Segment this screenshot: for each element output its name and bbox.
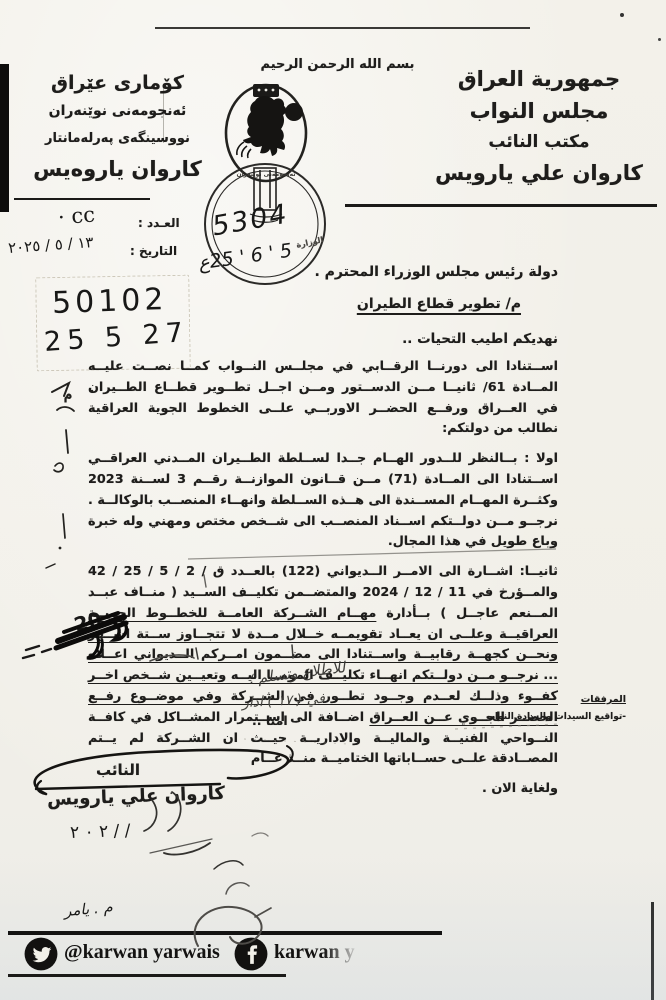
scan-dot-top-right [658, 38, 661, 41]
footer-rule-top [8, 931, 442, 935]
date-label: التاريخ : [130, 244, 177, 258]
header-right-block: جمهورية العراق مجلس النواب مكتب النائب ك… [423, 64, 655, 190]
header-left-line: کاروان یاروەیس [10, 152, 225, 186]
header-left-line: ئەنجومەنی نوێنەران [10, 98, 225, 125]
header-right-line: مجلس النواب [423, 95, 655, 128]
header-rule-left [14, 198, 150, 200]
paragraph-first: اولا : بــالنظر للــدور الهــام جــدا لس… [88, 449, 558, 553]
facebook-handle: karwan y [274, 941, 364, 964]
header-rule-right [345, 204, 657, 207]
date-value-handwritten: ٢٠٢٥ / ٥ / ١٣ [7, 233, 94, 257]
letter-body: اســتنادا الى دورنــا الرقــابي في مجلــ… [88, 357, 558, 800]
top-hairline [155, 27, 530, 29]
scan-edge-left-bar [0, 64, 9, 212]
header-right-line: مكتب النائب [423, 128, 655, 157]
scanned-letter-page: بسم الله الرحمن الرحيم جمهورية العراق مج… [0, 0, 666, 1000]
header-left-line: کۆماری عێراق [10, 68, 225, 98]
recipient-line: دولة رئيس مجلس الوزراء المحترم . [314, 264, 558, 280]
bismillah: بسم الله الرحمن الرحيم [240, 57, 435, 72]
paragraph-intro: اســتنادا الى دورنــا الرقــابي في مجلــ… [88, 357, 558, 440]
signature-date-handwritten: ٢ ٠ ٢ / / [70, 821, 131, 843]
signature-title: النائب [96, 761, 140, 779]
attachments-label: المرفقات [581, 694, 626, 705]
header-left-line: نووسینگەی پەرلەمانتار [10, 125, 225, 152]
facebook-icon [234, 937, 268, 971]
number-value-handwritten: cc · [57, 202, 96, 229]
greeting-line: نهديكم اطيب التحيات .. [402, 331, 558, 347]
emblem-eagle [243, 96, 286, 156]
header-right-line: كاروان علي يارويس [423, 157, 655, 190]
header-left-block: کۆماری عێراق ئەنجومەنی نوێنەران نووسینگە… [10, 68, 225, 186]
approved-word: امنا .. [252, 713, 288, 728]
header-right-line: جمهورية العراق [423, 64, 655, 95]
number-label: العـدد : [138, 216, 180, 230]
emblem-dot [285, 103, 303, 121]
twitter-handle: @karwan yarwais [64, 941, 220, 964]
bottom-tint [0, 860, 666, 1000]
attachments-item: -تواقيع السيدات والسادة النواب [486, 712, 626, 722]
svg-text:م: م [64, 388, 72, 403]
subject-line: م/ تطوير قطاع الطيران [357, 296, 521, 312]
signature-name: كاروان علي يارويس [44, 783, 229, 810]
paragraph-second-iraq-word: العــراق [369, 710, 418, 725]
scan-dot-top [620, 13, 624, 17]
twitter-icon [24, 937, 58, 971]
received-number-1: 50102 [51, 282, 168, 321]
footer-rule-bottom [8, 974, 286, 977]
